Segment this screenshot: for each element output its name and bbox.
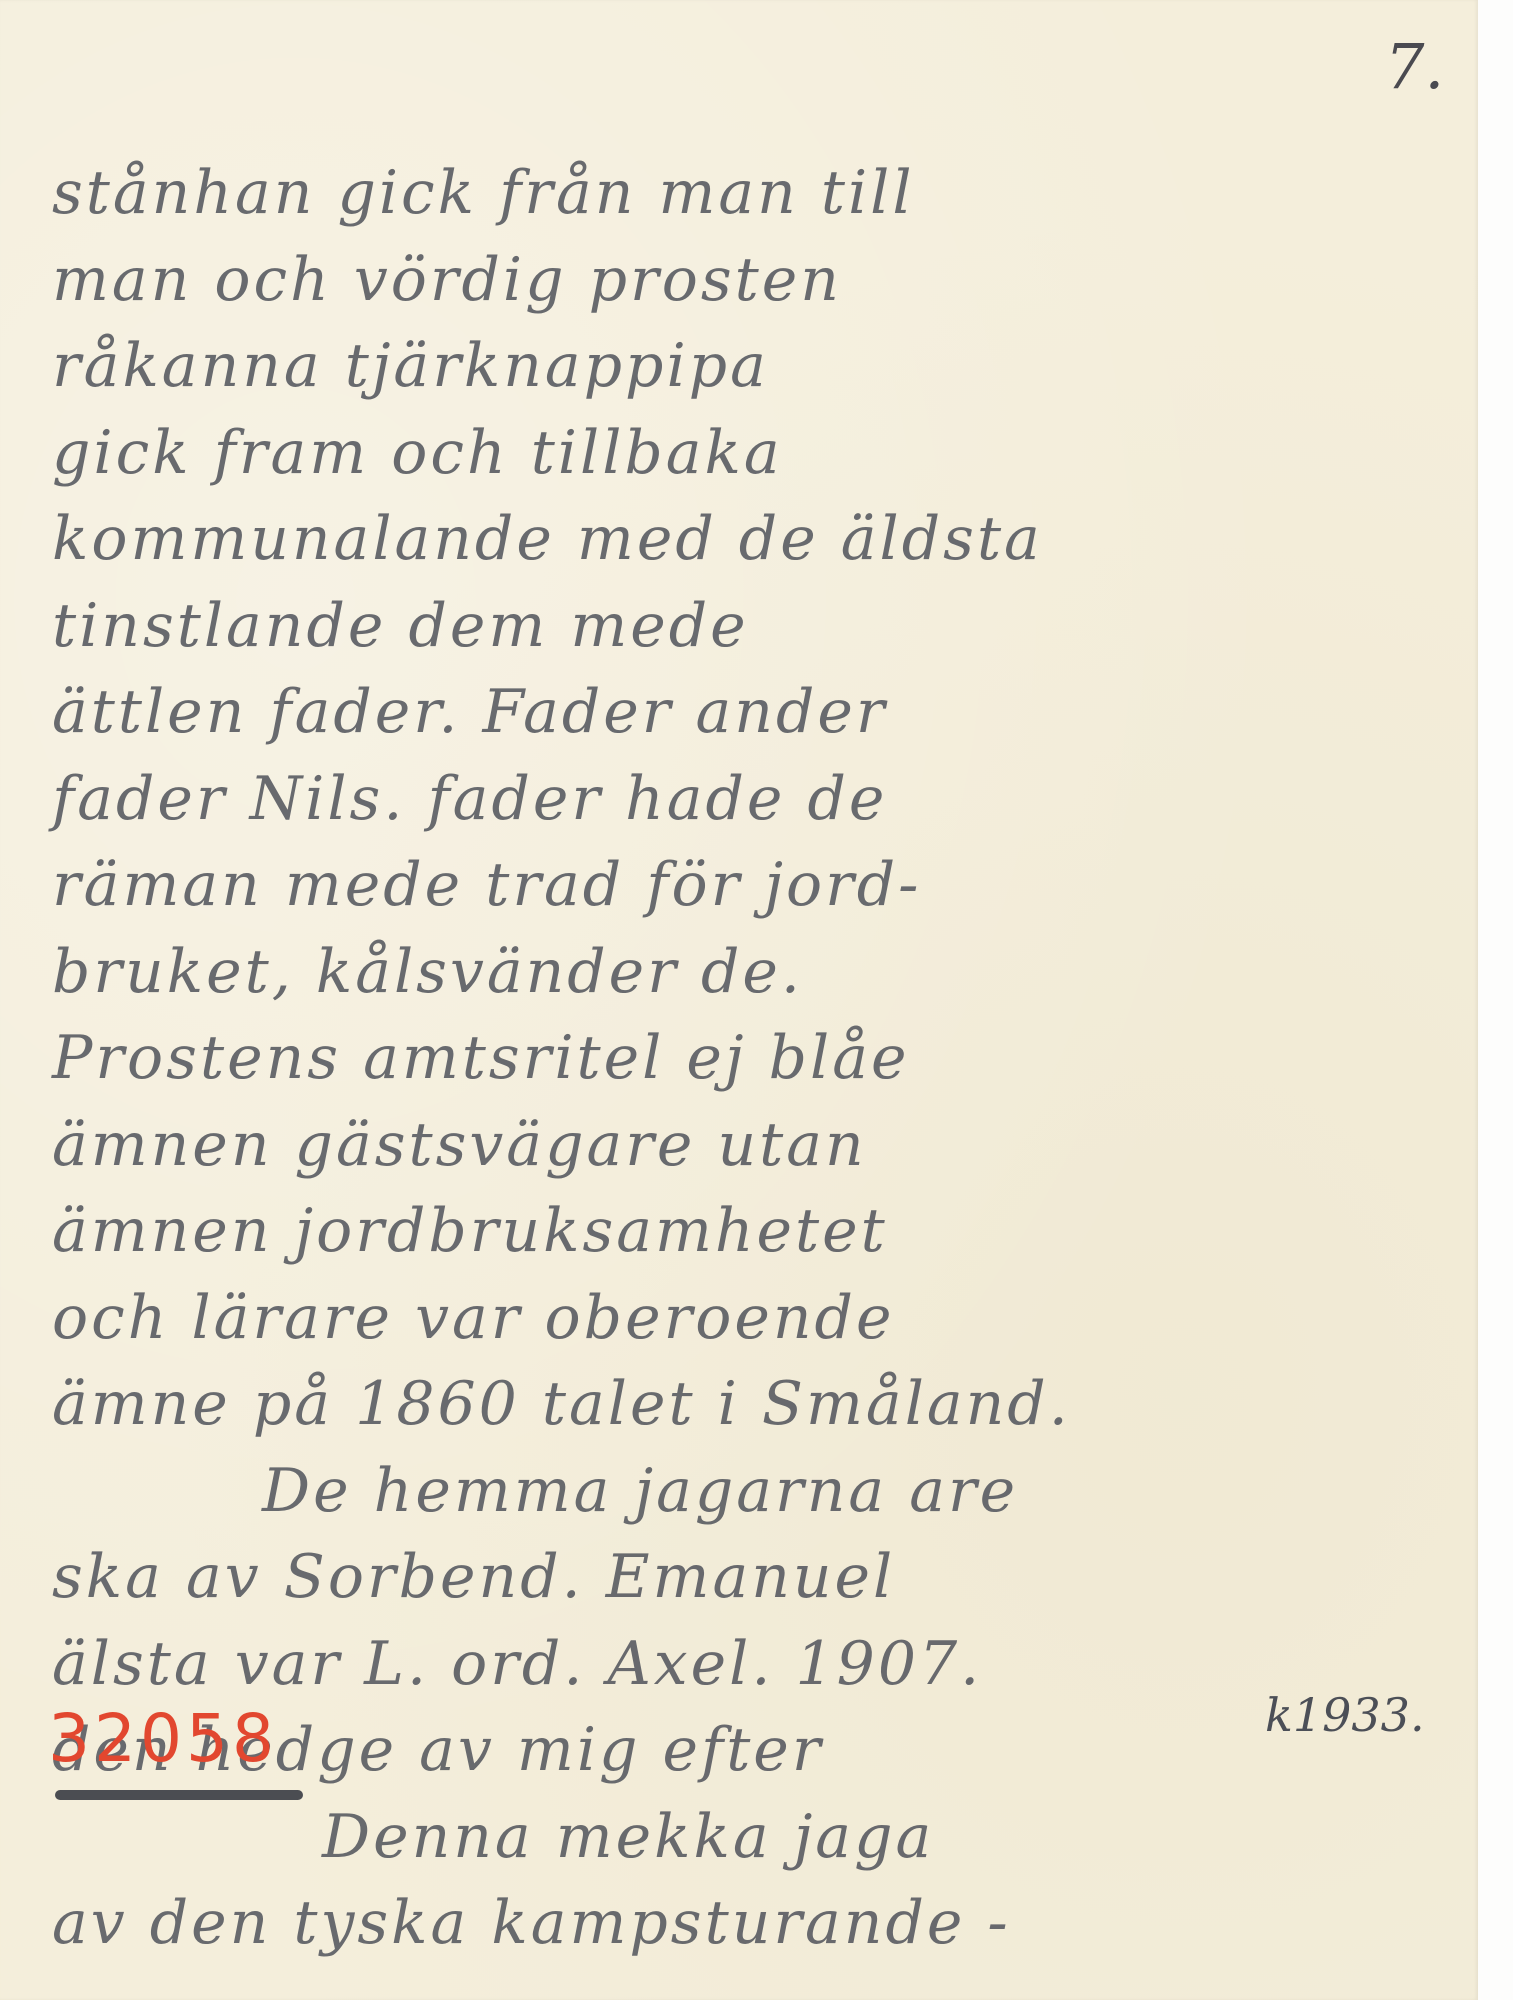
text-line-16-paragraph-start: De hemma jagarna are [52, 1448, 1472, 1535]
text-line-18: älsta var L. ord. Axel. 1907. [52, 1621, 1472, 1708]
text-line-9: räman mede trad för jord- [52, 842, 1472, 929]
text-line-13: ämnen jordbruksamhetet [52, 1188, 1472, 1275]
text-line-6: tinstlande dem mede [52, 583, 1472, 670]
year-annotation: k1933. [1265, 1688, 1425, 1742]
text-line-5: kommunalande med de äldsta [52, 496, 1472, 583]
page-number: 7. [1385, 30, 1444, 103]
text-line-7: ättlen fader. Fader ander [52, 669, 1472, 756]
text-line-14: och lärare var oberoende [52, 1275, 1472, 1362]
text-line-4: gick fram och tillbaka [52, 410, 1472, 497]
text-line-11: Prostens amtsritel ej blåe [52, 1015, 1472, 1102]
archive-number-stamp: 32058 [48, 1700, 278, 1777]
handwritten-text-body: stånhan gick från man till man och vördi… [52, 150, 1472, 1967]
text-line-10: bruket, kålsvänder de. [52, 929, 1472, 1016]
text-line-8: fader Nils. fader hade de [52, 756, 1472, 843]
stamp-underline [55, 1790, 303, 1800]
manuscript-page: 7. stånhan gick från man till man och vö… [0, 0, 1478, 2000]
text-line-17: ska av Sorbend. Emanuel [52, 1534, 1472, 1621]
text-line-15: ämne på 1860 talet i Småland. [52, 1361, 1472, 1448]
scan-margin [1478, 0, 1513, 2000]
text-line-21: av den tyska kampsturande - [52, 1880, 1472, 1967]
text-line-20: Denna mekka jaga [52, 1794, 1472, 1881]
text-line-1: stånhan gick från man till [52, 150, 1472, 237]
text-line-12: ämnen gästsvägare utan [52, 1102, 1472, 1189]
text-line-3: råkanna tjärknappipa [52, 323, 1472, 410]
text-line-2: man och vördig prosten [52, 237, 1472, 324]
